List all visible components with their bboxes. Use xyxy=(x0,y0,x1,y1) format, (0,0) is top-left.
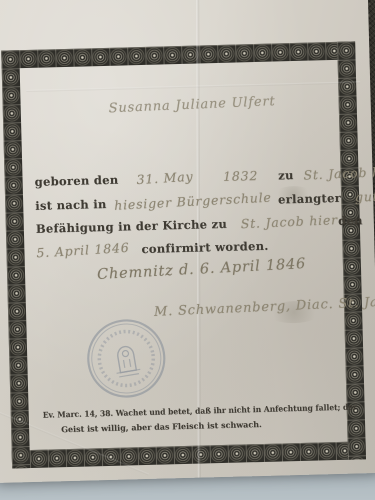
grade-handwritten: guter xyxy=(355,188,375,204)
school-line-printed-prefix: ist nach in xyxy=(35,197,107,213)
confirmation-line: 5. April 1846 confirmirt worden. xyxy=(36,236,336,259)
born-line-printed-prefix: geboren den xyxy=(34,173,118,189)
recipient-name-handwritten: Susanna Juliane Ulfert xyxy=(108,94,275,116)
certificate-paper: Susanna Juliane Ulfert geboren den 31. M… xyxy=(0,0,375,483)
pastor-signature-handwritten: M. Schwanenberg, Diac. St. Jac. xyxy=(154,294,375,319)
bible-verse-line2: Geist ist willig, aber das Fleisch ist s… xyxy=(61,419,262,434)
church-line-printed-den: den xyxy=(338,213,363,228)
birth-year-handwritten: 1832 xyxy=(223,168,258,184)
certificate-content: Susanna Juliane Ulfert geboren den 31. M… xyxy=(20,60,348,442)
church-line-printed-prefix: Befähigung in der Kirche zu xyxy=(36,217,228,236)
place-date-line-handwritten: Chemnitz d. 6. April 1846 xyxy=(97,256,307,283)
ornamental-border-bottom xyxy=(12,441,366,468)
confirmation-date-handwritten: 5. April 1846 xyxy=(36,240,130,261)
confirmation-printed-suffix: confirmirt worden. xyxy=(141,239,268,256)
birth-day-handwritten: 31. May xyxy=(136,169,194,187)
seal-stamp-icon xyxy=(79,311,173,405)
school-line: ist nach in hiesiger Bürgerschule erlang… xyxy=(35,190,335,213)
school-line-printed-mid: erlangter xyxy=(278,191,341,207)
church-name-handwritten: St. Jacob hier xyxy=(241,212,339,231)
photo-of-confirmation-certificate: Susanna Juliane Ulfert geboren den 31. M… xyxy=(0,0,375,500)
bible-verse-line1: Ev. Marc. 14, 38. Wachet und betet, daß … xyxy=(43,402,344,420)
church-line: Befähigung in der Kirche zu St. Jacob hi… xyxy=(36,213,336,236)
born-line-printed-zu: zu xyxy=(278,168,294,182)
birth-place-handwritten: St. Jacob hier xyxy=(303,163,375,182)
school-name-handwritten: hiesiger Bürgerschule xyxy=(114,190,272,213)
